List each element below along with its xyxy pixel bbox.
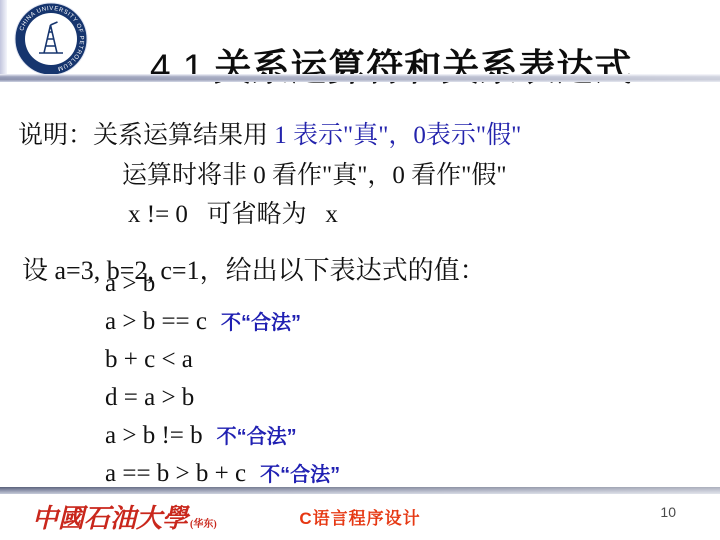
explanation-line-2: 运算时将非 0 看作"真"，0 看作"假" [122,161,507,191]
footer-course-title: C语言程序设计 [0,504,720,529]
expression-note: 不“合法” [217,426,297,448]
expression-text: a > b [105,270,155,297]
university-seal-logo: CHINA UNIVERSITY OF PETROLEUM [14,2,88,76]
slide-title: 4.1关系运算符和关系表达式 [150,47,632,89]
expression-text: a == b > b + c [105,460,246,487]
explanation-line-3: x != 0 可省略为 x [128,200,338,230]
explanation-line-1-blue: 1 表示"真"，0表示"假" [274,122,521,149]
header-divider-bar [0,74,720,82]
expression-text: a > b != b [105,422,203,449]
expression-text: b + c < a [105,346,193,373]
slide-edge-bevel [0,0,7,80]
page-number: 10 [660,504,676,520]
expression-row: b + c < a [105,344,340,382]
footer-divider-bar [0,487,720,494]
university-seal-icon: CHINA UNIVERSITY OF PETROLEUM [14,2,88,76]
expression-note: 不“合法” [221,312,301,334]
expression-list: a > b a > b == c不“合法” b + c < a d = a > … [105,268,340,496]
explanation-line-1-black: 说明：关系运算结果用 [18,122,274,149]
footer: 中國石油大學(华东) C语言程序设计 10 [0,494,720,540]
expression-row: a > b [105,268,340,306]
presentation-slide: CHINA UNIVERSITY OF PETROLEUM 4.1关系运算符和关… [0,0,720,540]
expression-text: a > b == c [105,308,207,335]
expression-row: a > b != b不“合法” [105,420,340,458]
expression-note: 不“合法” [260,464,340,486]
explanation-line-1: 说明：关系运算结果用 1 表示"真"，0表示"假" [18,121,521,151]
expression-text: d = a > b [105,384,194,411]
expression-row: a > b == c不“合法” [105,306,340,344]
expression-row: d = a > b [105,382,340,420]
